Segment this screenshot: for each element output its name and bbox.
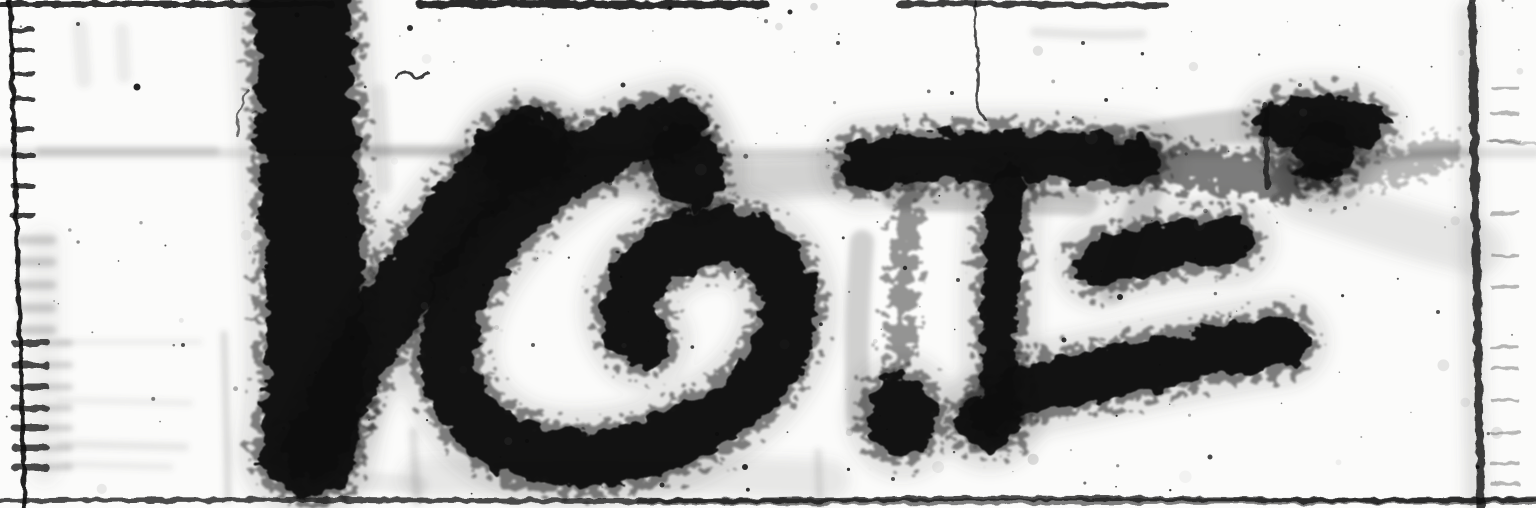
graffiti-photo: VOTE xyxy=(0,0,1536,508)
graffiti-canvas xyxy=(0,0,1536,508)
